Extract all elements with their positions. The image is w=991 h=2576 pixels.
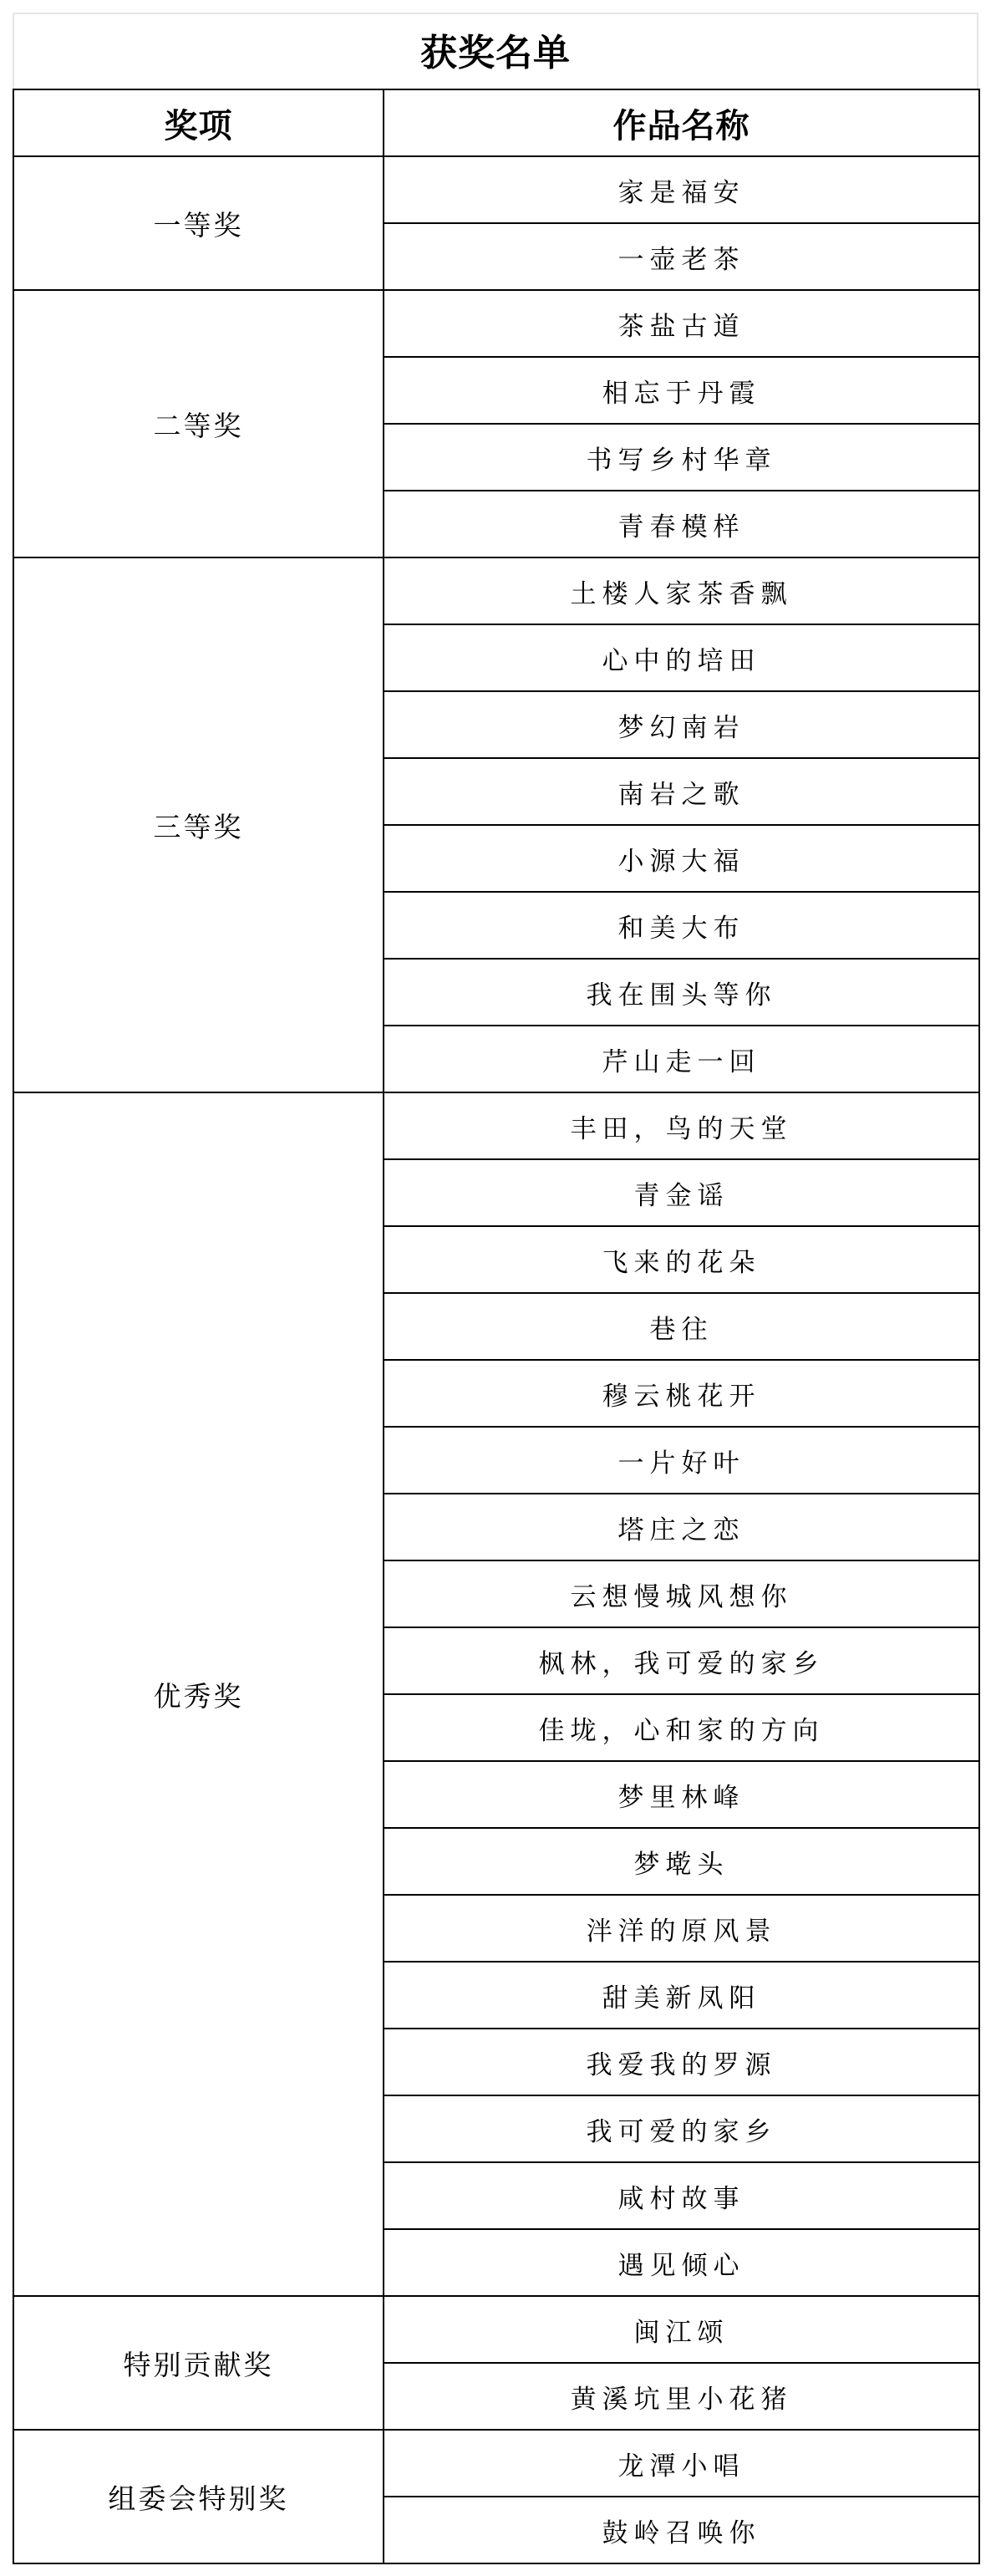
- work-cell: 梦幻南岩: [384, 691, 979, 758]
- table-row: 三等奖 土楼人家茶香飘: [13, 557, 979, 624]
- work-cell: 我在围头等你: [384, 959, 979, 1026]
- work-cell: 青金谣: [384, 1159, 979, 1226]
- work-cell: 芹山走一回: [384, 1026, 979, 1092]
- work-cell: 心中的培田: [384, 624, 979, 691]
- table-row: 一等奖 家是福安: [13, 156, 979, 223]
- work-cell: 小源大福: [384, 825, 979, 892]
- award-cell-committee-special: 组委会特别奖: [13, 2430, 384, 2563]
- work-cell: 龙潭小唱: [384, 2430, 979, 2497]
- awards-table: 奖项 作品名称 一等奖 家是福安 一壶老茶 二等奖 茶盐古道 相忘于丹霞 书写乡…: [13, 89, 980, 2564]
- page-title: 获奖名单: [420, 32, 571, 72]
- work-cell: 丰田，鸟的天堂: [384, 1092, 979, 1159]
- work-cell: 相忘于丹霞: [384, 357, 979, 424]
- work-cell: 佳垅，心和家的方向: [384, 1694, 979, 1761]
- award-cell-second-prize: 二等奖: [13, 290, 384, 557]
- work-cell: 梦里林峰: [384, 1761, 979, 1828]
- header-award: 奖项: [13, 89, 384, 156]
- header-row: 奖项 作品名称: [13, 89, 979, 156]
- title-row: 获奖名单: [13, 13, 978, 89]
- work-cell: 南岩之歌: [384, 758, 979, 825]
- table-row: 特别贡献奖 闽江颂: [13, 2296, 979, 2363]
- work-cell: 茶盐古道: [384, 290, 979, 357]
- work-cell: 云想慢城风想你: [384, 1560, 979, 1627]
- award-cell-excellence-prize: 优秀奖: [13, 1092, 384, 2296]
- work-cell: 黄溪坑里小花猪: [384, 2363, 979, 2430]
- work-cell: 一壶老茶: [384, 223, 979, 290]
- work-cell: 巷往: [384, 1293, 979, 1360]
- work-cell: 咸村故事: [384, 2162, 979, 2229]
- award-cell-special-contribution: 特别贡献奖: [13, 2296, 384, 2430]
- work-cell: 飞来的花朵: [384, 1226, 979, 1293]
- header-work-name: 作品名称: [384, 89, 979, 156]
- awards-body: 一等奖 家是福安 一壶老茶 二等奖 茶盐古道 相忘于丹霞 书写乡村华章 青春模样…: [13, 156, 979, 2563]
- work-cell: 塔庄之恋: [384, 1494, 979, 1560]
- work-cell: 泮洋的原风景: [384, 1895, 979, 1962]
- work-cell: 鼓岭召唤你: [384, 2497, 979, 2563]
- work-cell: 我爱我的罗源: [384, 2029, 979, 2095]
- table-row: 二等奖 茶盐古道: [13, 290, 979, 357]
- work-cell: 书写乡村华章: [384, 424, 979, 491]
- work-cell: 我可爱的家乡: [384, 2095, 979, 2162]
- work-cell: 一片好叶: [384, 1427, 979, 1494]
- table-row: 优秀奖 丰田，鸟的天堂: [13, 1092, 979, 1159]
- work-cell: 家是福安: [384, 156, 979, 223]
- work-cell: 和美大布: [384, 892, 979, 959]
- table-row: 组委会特别奖 龙潭小唱: [13, 2430, 979, 2497]
- work-cell: 穆云桃花开: [384, 1360, 979, 1427]
- award-cell-third-prize: 三等奖: [13, 557, 384, 1092]
- award-cell-first-prize: 一等奖: [13, 156, 384, 290]
- work-cell: 遇见倾心: [384, 2229, 979, 2296]
- award-list-sheet: 获奖名单 奖项 作品名称 一等奖 家是福安 一壶老茶 二等奖 茶盐古道: [13, 13, 978, 2564]
- work-cell: 土楼人家茶香飘: [384, 557, 979, 624]
- work-cell: 青春模样: [384, 491, 979, 557]
- work-cell: 甜美新凤阳: [384, 1962, 979, 2029]
- work-cell: 闽江颂: [384, 2296, 979, 2363]
- work-cell: 枫林，我可爱的家乡: [384, 1627, 979, 1694]
- work-cell: 梦墘头: [384, 1828, 979, 1895]
